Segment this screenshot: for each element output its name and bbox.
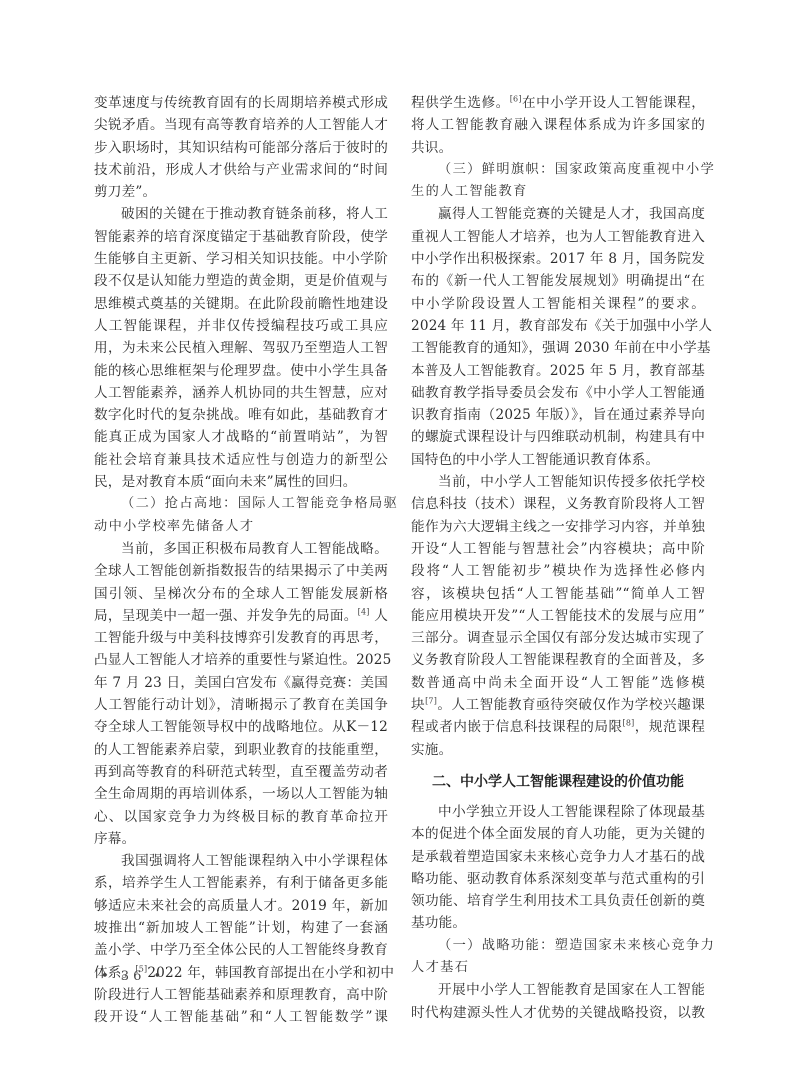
- text-line: 坡推出“新加坡人工智能”计划，构建了一套涵: [94, 917, 388, 939]
- text-line: 信息科技（技术）课程，义务教育阶段将人工智: [411, 493, 705, 515]
- subheading-line: （一）战略功能：塑造国家未来核心竞争力: [411, 935, 705, 957]
- paragraph-global-strategy: 当前，多国正积极布局教育人工智能战略。 全球人工智能创新指数报告的结果揭示了中美…: [94, 538, 388, 850]
- text-line: 能社会培育兼具技术适应性与创造力的新型公: [94, 449, 388, 471]
- text-line: 工智能教育的通知》，强调 2030 年前在中小学基: [411, 337, 705, 359]
- text-line: 能的核心思维框架与伦理罗盘。使中小学生具备: [94, 360, 388, 382]
- paragraph-value-functions: 中小学独立开设人工智能课程除了体现最基 本的促进个体全面发展的育人功能，更为关键…: [411, 801, 705, 935]
- right-column: 程供学生选修。[6]在中小学开设人工智能课程， 将人工智能教育融入课程体系成为许…: [411, 92, 705, 1024]
- text-line: 开展中小学人工智能教育是国家在人工智能: [411, 979, 705, 1001]
- text-line: 本的促进个体全面发展的育人功能，更为关键的: [411, 823, 705, 845]
- text-line: 智能素养的培育深度锚定于基础教育阶段，使学: [94, 226, 388, 248]
- paragraph-current-status: 当前，中小学人工智能知识传授多依托学校 信息科技（技术）课程，义务教育阶段将人工…: [411, 471, 705, 761]
- text-line: 础教育教学指导委员会发布《中小学人工智能通: [411, 382, 705, 404]
- citation-ref-7[interactable]: [7]: [425, 696, 437, 705]
- paragraph-talent-gap: 变革速度与传统教育固有的长周期培养模式形成 尖锐矛盾。当现有高等教育培养的人工智…: [94, 92, 388, 203]
- text-line: 盖小学、中学乃至全体公民的人工智能终身教育: [94, 939, 388, 961]
- subheading-line: （二）抢占高地：国际人工智能竞争格局驱: [94, 493, 388, 515]
- text-line: 重视人工智能人才培养，也为人工智能教育进入: [411, 226, 705, 248]
- text-span: 块: [411, 697, 425, 713]
- text-line: 布的《新一代人工智能发展规划》明确提出“在: [411, 270, 705, 292]
- text-line: 中小学作出积极探索。2017 年 8 月，国务院发: [411, 248, 705, 270]
- citation-ref-4[interactable]: [4]: [358, 607, 370, 616]
- paragraph-breakthrough: 破困的关键在于推动教育链条前移，将人工 智能素养的培育深度锚定于基础教育阶段，使…: [94, 203, 388, 493]
- text-line: 国引领、呈梯次分布的全球人工智能发展新格: [94, 583, 388, 605]
- text-span: 。人工智能教育亟待突破仅作为学校兴趣课: [437, 697, 705, 713]
- text-line: 义务教育阶段人工智能课程教育的全面普及，多: [411, 649, 705, 671]
- text-line: 实施。: [411, 739, 705, 761]
- text-line: 领功能、培育学生利用技术工具负责任创新的奠: [411, 890, 705, 912]
- text-line: 程或者内嵌于信息科技课程的局限[8]，规范课程: [411, 716, 705, 738]
- text-line: 略功能、驱动教育体系深刻变革与范式重构的引: [411, 868, 705, 890]
- text-line: 破困的关键在于推动教育链条前移，将人工: [94, 203, 388, 225]
- text-line: 工智能升级与中美科技博弈引发教育的再思考，: [94, 627, 388, 649]
- text-span: 程供学生选修。: [411, 95, 510, 111]
- text-line: 人工智能素养，涵养人机协同的共生智慧，应对: [94, 382, 388, 404]
- subheading-line: 人才基石: [411, 957, 705, 979]
- text-line: 局，呈现美中一超一强、并发争先的局面。[4] 人: [94, 605, 388, 627]
- text-line: 容，该模块包括“人工智能基础”“简单人工智: [411, 583, 705, 605]
- text-line: 赢得人工智能竞赛的关键是人才，我国高度: [411, 203, 705, 225]
- text-line: 当前，中小学人工智能知识传授多依托学校: [411, 471, 705, 493]
- text-span: ，规范课程: [634, 719, 705, 735]
- text-line: 够适应未来社会的高质量人才。2019 年，新加: [94, 895, 388, 917]
- subheading-line: 生的人工智能教育: [411, 181, 705, 203]
- text-line: 的螺旋式课程设计与四维联动机制，构建具有中: [411, 426, 705, 448]
- text-span: 人: [374, 608, 388, 624]
- text-line: 年 7 月 23 日，美国白宫发布《赢得竞赛：美国: [94, 672, 388, 694]
- paragraph-china-curriculum: 我国强调将人工智能课程纳入中小学课程体 系，培养学生人工智能素养，有利于储备更多…: [94, 850, 388, 1028]
- text-line: 段开设“人工智能基础”和“人工智能数学”课: [94, 1006, 388, 1028]
- text-line: 国特色的中小学人工智能通识教育体系。: [411, 449, 705, 471]
- text-line: 程供学生选修。[6]在中小学开设人工智能课程，: [411, 92, 705, 114]
- text-line: 阶段进行人工智能基础素养和原理教育，高中阶: [94, 984, 388, 1006]
- text-line: 能应用模块开发”“人工智能技术的发展与应用”: [411, 605, 705, 627]
- text-line: 用，为未来公民植入理解、驾驭乃至塑造人工智: [94, 337, 388, 359]
- text-line: 中小学阶段设置人工智能相关课程”的要求。: [411, 293, 705, 315]
- text-line: 凸显人工智能人才培养的重要性与紧迫性。2025: [94, 649, 388, 671]
- text-line: 共识。: [411, 137, 705, 159]
- text-span: 程或者内嵌于信息科技课程的局限: [411, 719, 623, 735]
- text-span: 在中小学开设人工智能课程，: [522, 95, 705, 111]
- text-span: 2022 年，韩国教育部提出在小学和初中: [147, 965, 394, 981]
- text-line: 开设“人工智能与智慧社会”内容模块；高中阶: [411, 538, 705, 560]
- text-line: 数普通高中尚未全面开设“人工智能”选修模: [411, 672, 705, 694]
- subheading-national-policy: （三）鲜明旗帜：国家政策高度重视中小学 生的人工智能教育: [411, 159, 705, 204]
- citation-ref-6[interactable]: [6]: [510, 94, 522, 103]
- section-heading: 二、中小学人工智能课程建设的价值功能: [411, 771, 705, 793]
- text-line: 人工智能课程，并非仅传授编程技巧或工具应: [94, 315, 388, 337]
- text-line: 段不仅是认知能力塑造的黄金期，更是价值观与: [94, 270, 388, 292]
- text-line: 生能够自主更新、学习相关知识技能。中小学阶: [94, 248, 388, 270]
- subheading-line: （三）鲜明旗帜：国家政策高度重视中小学: [411, 159, 705, 181]
- text-line: 段将“人工智能初步”模块作为选择性必修内: [411, 560, 705, 582]
- text-line: 基功能。: [411, 912, 705, 934]
- citation-ref-8[interactable]: [8]: [623, 719, 635, 728]
- text-line: 思维模式奠基的关键期。在此阶段前瞻性地建设: [94, 293, 388, 315]
- text-line: 再到高等教育的科研范式转型，直至覆盖劳动者: [94, 761, 388, 783]
- paragraph-strategic-investment: 开展中小学人工智能教育是国家在人工智能 时代构建源头性人才优势的关键战略投资，以…: [411, 979, 705, 1024]
- text-line: 尖锐矛盾。当现有高等教育培养的人工智能人才: [94, 114, 388, 136]
- text-line: 我国强调将人工智能课程纳入中小学课程体: [94, 850, 388, 872]
- subheading-line: 动中小学校率先储备人才: [94, 516, 388, 538]
- text-line: 民，是对教育本质“面向未来”属性的回归。: [94, 471, 388, 493]
- text-line: 数字化时代的复杂挑战。唯有如此，基础教育才: [94, 404, 388, 426]
- text-line: 能真正成为国家人才战略的“前置哨站”，为智: [94, 426, 388, 448]
- text-line: 的人工智能素养启蒙，到职业教育的技能重塑，: [94, 739, 388, 761]
- text-line: 全球人工智能创新指数报告的结果揭示了中美两: [94, 560, 388, 582]
- text-line: 心、以国家竞争力为终极目标的教育革命拉开: [94, 806, 388, 828]
- text-line: 当前，多国正积极布局教育人工智能战略。: [94, 538, 388, 560]
- subheading-strategic-function: （一）战略功能：塑造国家未来核心竞争力 人才基石: [411, 935, 705, 980]
- text-span: 局，呈现美中一超一强、并发争先的局面。: [94, 608, 358, 624]
- text-line: 2024 年 11 月，教育部发布《关于加强中小学人: [411, 315, 705, 337]
- text-line: 步入职场时，其知识结构可能部分落后于彼时的: [94, 137, 388, 159]
- page-number: • 36 •: [101, 969, 165, 984]
- text-line: 变革速度与传统教育固有的长周期培养模式形成: [94, 92, 388, 114]
- text-line: 将人工智能教育融入课程体系成为许多国家的: [411, 114, 705, 136]
- text-line: 中小学独立开设人工智能课程除了体现最基: [411, 801, 705, 823]
- text-line: 全生命周期的再培训体系，一场以人工智能为轴: [94, 783, 388, 805]
- subheading-international-competition: （二）抢占高地：国际人工智能竞争格局驱 动中小学校率先储备人才: [94, 493, 388, 538]
- text-line: 能作为六大逻辑主线之一安排学习内容，并单独: [411, 516, 705, 538]
- text-line: 人工智能行动计划》，清晰揭示了教育在美国争: [94, 694, 388, 716]
- text-line: 本普及人工智能教育。2025 年 5 月，教育部基: [411, 360, 705, 382]
- text-line: 三部分。调查显示全国仅有部分发达城市实现了: [411, 627, 705, 649]
- text-line: 识教育指南（2025 年版）》，旨在通过素养导向: [411, 404, 705, 426]
- left-column: 变革速度与传统教育固有的长周期培养模式形成 尖锐矛盾。当现有高等教育培养的人工智…: [94, 92, 388, 1028]
- text-line: 是承载着塑造国家未来核心竞争力人才基石的战: [411, 846, 705, 868]
- text-line: 剪刀差”。: [94, 181, 388, 203]
- paragraph-elective-courses: 程供学生选修。[6]在中小学开设人工智能课程， 将人工智能教育融入课程体系成为许…: [411, 92, 705, 159]
- text-line: 时代构建源头性人才优势的关键战略投资，以教: [411, 1002, 705, 1024]
- paragraph-policy-history: 赢得人工智能竞赛的关键是人才，我国高度 重视人工智能人才培养，也为人工智能教育进…: [411, 203, 705, 471]
- text-line: 夺全球人工智能领导权中的战略地位。从K－12: [94, 716, 388, 738]
- text-line: 系，培养学生人工智能素养，有利于储备更多能: [94, 872, 388, 894]
- text-line: 技术前沿，形成人才供给与产业需求间的“时间: [94, 159, 388, 181]
- text-line: 块[7]。人工智能教育亟待突破仅作为学校兴趣课: [411, 694, 705, 716]
- text-line: 序幕。: [94, 828, 388, 850]
